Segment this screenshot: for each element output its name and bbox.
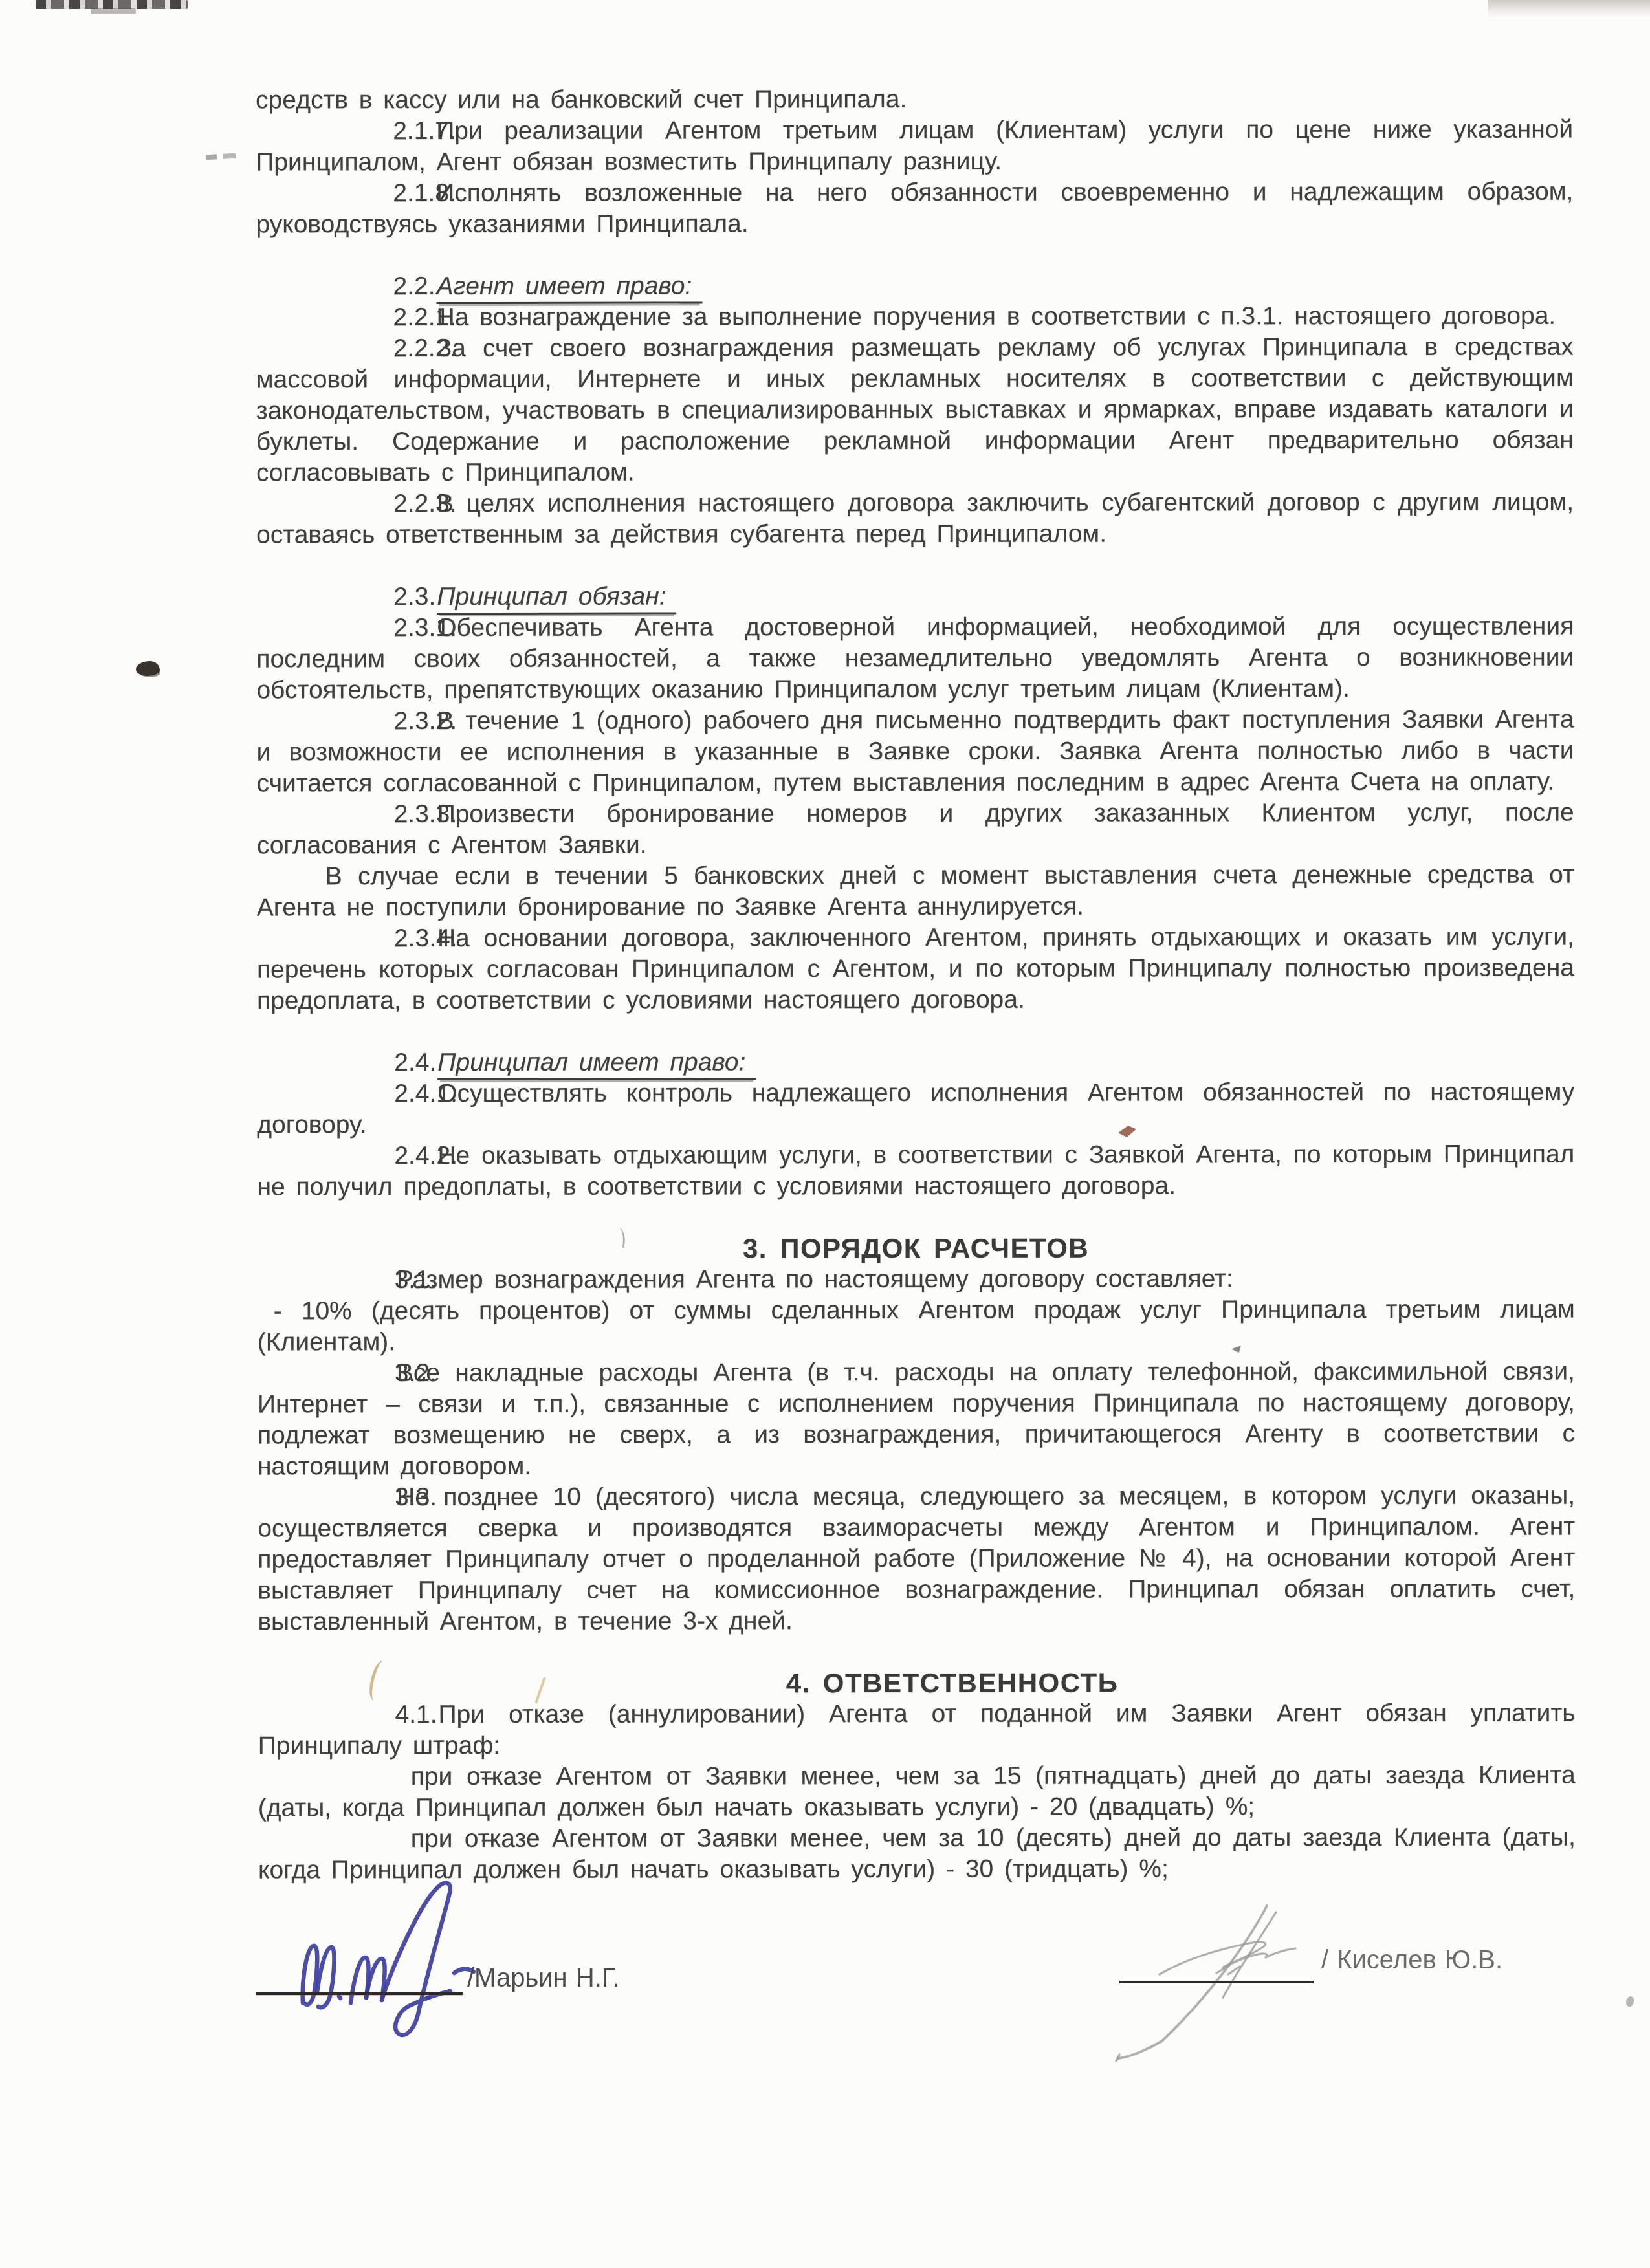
clause-text: В случае если в течении 5 банковских дне… <box>257 861 1574 922</box>
paragraph: 2.3.2.В течение 1 (одного) рабочего дня … <box>256 704 1574 800</box>
scan-artifact-top-left-band <box>36 0 188 9</box>
paragraph: 3.3.Не позднее 10 (десятого) числа месяц… <box>258 1481 1575 1638</box>
paragraph: 2.3.4.На основании договора, заключенног… <box>257 922 1574 1017</box>
signature-name-right: / Киселев Ю.В. <box>1321 1946 1502 1974</box>
clause-number: 3.3. <box>326 1482 397 1513</box>
clause-number: 3.1. <box>326 1265 397 1296</box>
clause-number: – <box>370 1824 411 1855</box>
signature-name-left: /Марьин Н.Г. <box>467 1964 620 1992</box>
clause-number: 2.4. <box>325 1047 437 1078</box>
paragraph: - 10% (десять процентов) от суммы сделан… <box>258 1294 1575 1358</box>
paragraph: 2.2.2.За счет своего вознаграждения разм… <box>256 332 1574 489</box>
clause-text: Все накладные расходы Агента (в т.ч. рас… <box>258 1358 1575 1481</box>
clause-number: 2.3.1. <box>325 613 437 644</box>
paragraph: 2.1.7.При реализации Агентом третьим лиц… <box>256 114 1573 179</box>
paragraph: 3.2.Все накладные расходы Агента (в т.ч.… <box>258 1357 1575 1483</box>
clause-text: Принципал имеет право: <box>437 1048 756 1080</box>
paragraph: средств в кассу или на банковский счет П… <box>256 83 1573 116</box>
clause-text: Не позднее 10 (десятого) числа месяца, с… <box>258 1482 1575 1636</box>
paragraph: –при отказе Агентом от Заявки менее, чем… <box>258 1760 1576 1824</box>
clause-text: В течение 1 (одного) рабочего дня письме… <box>256 706 1574 798</box>
clause-text: На вознаграждение за выполнение поручени… <box>437 302 1556 331</box>
paragraph: 2.2.Агент имеет право: <box>256 270 1573 303</box>
paragraph: 2.1.8.Исполнять возложенные на него обяз… <box>256 177 1573 241</box>
clause-text: За счет своего вознаграждения размещать … <box>256 333 1574 487</box>
clause-number: 2.1.7. <box>324 116 436 147</box>
signature-kiselev-pencil <box>1100 1895 1333 2064</box>
paragraph: 2.3.3.Произвести бронирование номеров и … <box>257 798 1574 862</box>
clause-text: при отказе Агентом от Заявки менее, чем … <box>258 1761 1576 1822</box>
clause-number: 2.4.2. <box>325 1140 437 1172</box>
clause-text: Обеспечивать Агента достоверной информац… <box>256 613 1574 704</box>
paragraph: 2.4.1.Осуществлять контроль надлежащего … <box>257 1077 1574 1141</box>
clause-number: 2.2.3. <box>325 488 437 519</box>
clause-text: Агент имеет право: <box>436 272 702 304</box>
section-heading: 4. ОТВЕТСТВЕННОСТЬ <box>293 1667 1611 1700</box>
clause-text: Принципал обязан: <box>437 583 676 615</box>
clause-number: 2.3.3. <box>325 799 437 830</box>
scan-artifact-top-left-smudge <box>91 8 136 14</box>
scan-artifact-top-right-band <box>1488 0 1650 18</box>
paragraph: 2.4.Принципал имеет право: <box>257 1046 1574 1079</box>
clause-text: при отказе Агентом от Заявки менее, чем … <box>258 1824 1576 1884</box>
paragraph: 4.1.При отказе (аннулировании) Агента от… <box>258 1698 1576 1762</box>
clause-number: 2.1.8. <box>324 178 436 209</box>
clause-text: средств в кассу или на банковский счет П… <box>256 85 907 114</box>
clause-number: 4.1. <box>327 1699 439 1730</box>
paragraph: 2.4.2.Не оказывать отдыхающим услуги, в … <box>257 1139 1574 1203</box>
document-body: средств в кассу или на банковский счет П… <box>256 83 1576 1886</box>
clause-number: 2.2. <box>324 271 436 302</box>
clause-number: 2.2.1. <box>325 302 437 333</box>
scan-artifact-grey-dot <box>1624 1995 1635 2007</box>
scan-artifact-dash <box>206 153 236 160</box>
clause-number: – <box>370 1761 411 1793</box>
section-heading: 3. ПОРЯДОК РАСЧЕТОВ <box>258 1232 1575 1265</box>
paragraph: 2.2.3.В целях исполнения настоящего дого… <box>256 487 1574 551</box>
signature-line-left <box>256 1992 463 1995</box>
clause-number: 2.3.2. <box>325 706 437 737</box>
clause-number: 2.4.1. <box>325 1078 437 1109</box>
clause-number: 2.3. <box>325 582 437 613</box>
clause-text: На основании договора, заключенного Аген… <box>257 923 1574 1015</box>
paragraph: 3.1.Размер вознаграждения Агента по наст… <box>258 1263 1575 1296</box>
paragraph: В случае если в течении 5 банковских дне… <box>257 860 1574 924</box>
paragraph: 2.3.Принципал обязан: <box>256 580 1574 613</box>
signature-marin-ink <box>291 1876 485 2044</box>
clause-text: Размер вознаграждения Агента по настояще… <box>397 1265 1233 1294</box>
scan-artifact-ink-blob <box>136 661 160 676</box>
clause-text: - 10% (десять процентов) от суммы сделан… <box>258 1296 1575 1357</box>
signature-line-right <box>1119 1981 1314 1983</box>
paragraph: 2.3.1.Обеспечивать Агента достоверной ин… <box>256 611 1574 706</box>
clause-text: 4. ОТВЕТСТВЕННОСТЬ <box>786 1668 1119 1699</box>
clause-text: 3. ПОРЯДОК РАСЧЕТОВ <box>743 1233 1089 1264</box>
clause-number: 2.2.2. <box>325 333 437 364</box>
clause-number: 2.3.4. <box>325 923 437 954</box>
clause-number: 3.2. <box>326 1358 397 1389</box>
clause-text: При отказе (аннулировании) Агента от под… <box>258 1699 1576 1760</box>
scanned-contract-page: средств в кассу или на банковский счет П… <box>0 0 1650 2268</box>
paragraph: 2.2.1.На вознаграждение за выполнение по… <box>256 301 1574 334</box>
